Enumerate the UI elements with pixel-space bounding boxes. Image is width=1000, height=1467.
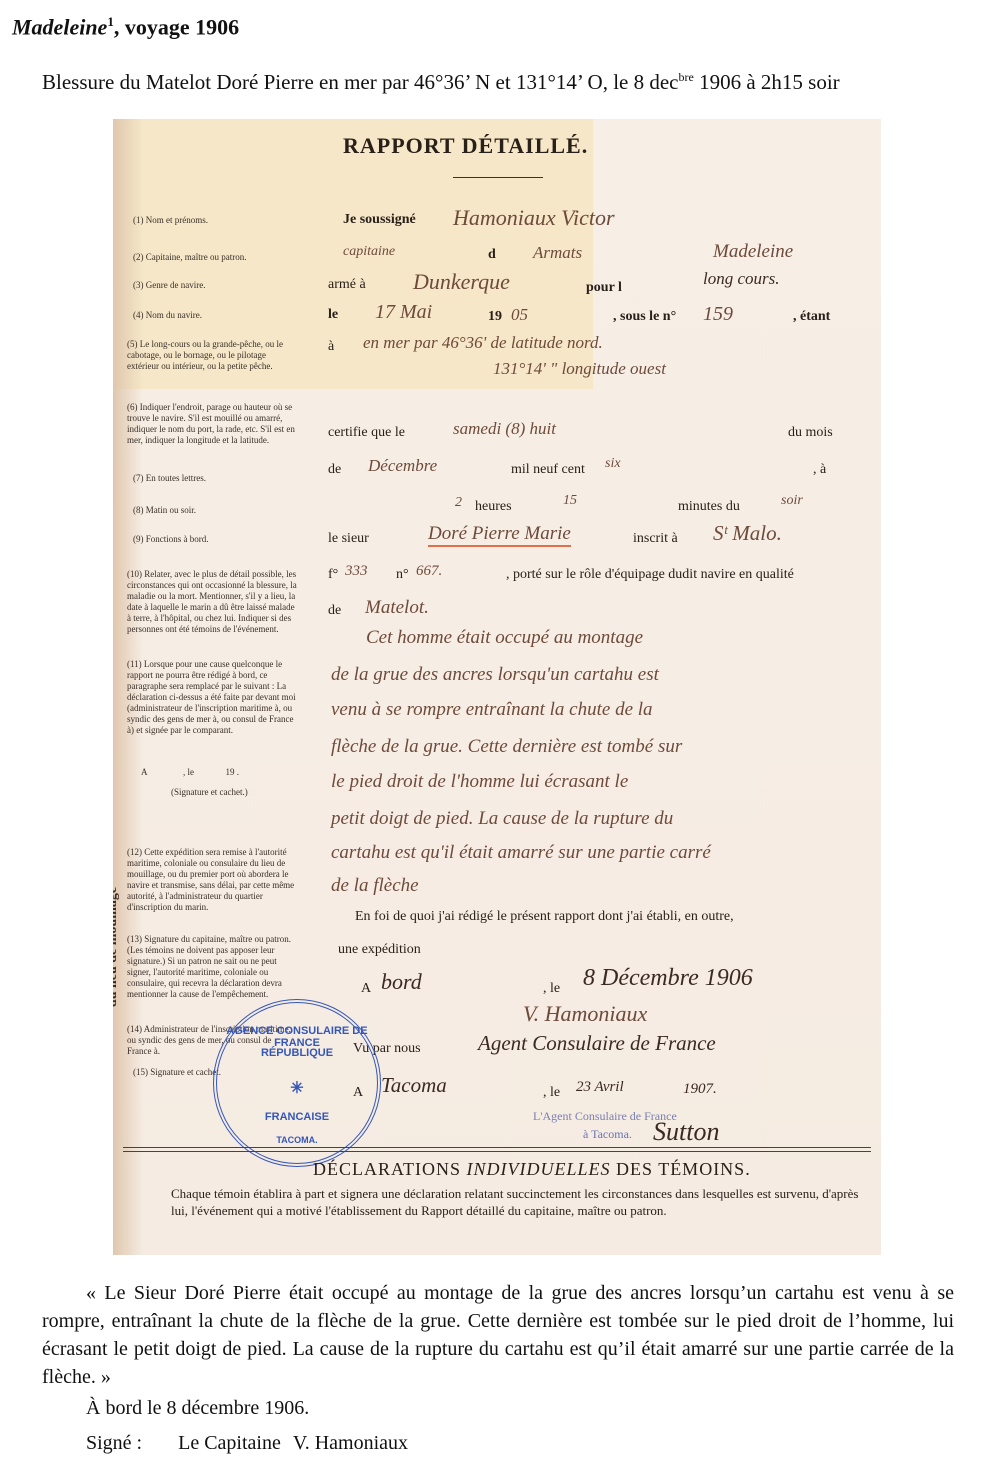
- value-minutes: 15: [563, 493, 577, 509]
- label-le2: , le: [543, 981, 560, 997]
- scanned-report-image: RAPPORT DÉTAILLÉ. (1) Nom et prénoms. (2…: [113, 119, 881, 1255]
- value-month: Décembre: [368, 456, 437, 476]
- narrative-line: venu à se rompre entraînant la chute de …: [331, 699, 653, 721]
- subtitle-text-end: 1906 à 2h15 soir: [694, 70, 840, 94]
- label-mil-neuf-cent: mil neuf cent: [511, 462, 585, 478]
- captain-signature: V. Hamoniaux: [523, 1001, 647, 1027]
- margin-note: (11) Lorsque pour une cause quelconque l…: [127, 659, 297, 736]
- stamp-text: RÉPUBLIQUE: [217, 1047, 377, 1059]
- margin-note: (12) Cette expédition sera remise à l'au…: [127, 847, 297, 913]
- section-divider: [123, 1147, 871, 1152]
- label-le3: , le: [543, 1085, 560, 1101]
- value-port: Dunkerque: [413, 269, 510, 295]
- heading-rest: , voyage 1906: [114, 14, 239, 39]
- label-je-soussigne: Je soussigné: [343, 212, 416, 228]
- stamp-text: AGENCE CONSULAIRE DE FRANCE: [217, 1025, 377, 1049]
- label-year-prefix: 19: [488, 309, 502, 325]
- label-une-expedition: une expédition: [338, 942, 421, 958]
- label-de9: de: [328, 603, 341, 619]
- margin-note: A , le 19 .: [141, 767, 311, 778]
- label-etant: , étant: [793, 309, 830, 325]
- agent-signature: Sutton: [653, 1117, 719, 1147]
- margin-note: (6) Indiquer l'endroit, parage ou hauteu…: [127, 402, 297, 446]
- label-porte-sur: , porté sur le rôle d'équipage dudit nav…: [506, 567, 794, 583]
- narrative-line: le pied droit de l'homme lui écrasant le: [331, 771, 628, 793]
- label-minutes-du: minutes du: [678, 499, 740, 515]
- margin-note: (5) Le long-cours ou la grande-pêche, ou…: [127, 339, 297, 372]
- label-inscrit-a: inscrit à: [633, 531, 678, 547]
- margin-note: (1) Nom et prénoms.: [133, 215, 333, 226]
- decl-title-3: DES TÉMOINS.: [611, 1159, 751, 1179]
- agent-stamp-line-2: à Tacoma.: [583, 1127, 632, 1142]
- value-hour: 2: [455, 495, 462, 511]
- stamp-text: FRANCAISE: [217, 1111, 377, 1123]
- quote-text: « Le Sieur Doré Pierre était occupé au m…: [42, 1279, 954, 1391]
- value-day: samedi (8) huit: [453, 419, 556, 439]
- value-date: 17 Mai: [375, 301, 432, 324]
- label-de: de: [328, 462, 341, 478]
- value-ampm: soir: [781, 493, 803, 509]
- margin-note: (4) Nom du navire.: [133, 310, 333, 321]
- margin-note: (9) Fonctions à bord.: [133, 534, 333, 545]
- label-no: n°: [396, 567, 409, 583]
- signed-label: Signé :: [86, 1432, 142, 1454]
- value-year: 05: [511, 305, 528, 325]
- value-year3: 1907.: [683, 1081, 717, 1098]
- value-no: 667.: [416, 563, 442, 580]
- label-folio: f°: [328, 567, 338, 583]
- label-le-sieur: le sieur: [328, 531, 369, 547]
- label-sous-le-no: , sous le n°: [613, 309, 676, 325]
- label-certifie: certifie que le: [328, 425, 405, 441]
- value-position-1: en mer par 46°36' de latitude nord.: [363, 333, 603, 353]
- en-foi-text: En foi de quoi j'ai rédigé: [355, 909, 493, 924]
- label-a: à: [328, 339, 334, 355]
- value-place: Tacoma: [381, 1073, 447, 1098]
- label-a-comma: , à: [813, 462, 826, 478]
- decl-title-2: INDIVIDUELLES: [467, 1159, 611, 1179]
- value-role: capitaine: [343, 244, 395, 260]
- label-du-mois: du mois: [788, 425, 833, 441]
- transcription-signature: Signé :Le CapitaineV. Hamoniaux: [86, 1432, 408, 1455]
- decl-title-1: DÉCLARATIONS: [313, 1159, 467, 1179]
- value-sign-date: 8 Décembre 1906: [583, 965, 753, 992]
- value-year2: six: [605, 456, 621, 472]
- value-date3: 23 Avril: [576, 1079, 624, 1096]
- subtitle-text: Blessure du Matelot Doré Pierre en mer p…: [42, 70, 679, 94]
- stamp-star-icon: ✳: [217, 1078, 377, 1098]
- value-navigation: long cours.: [703, 269, 780, 289]
- en-foi-rest: le présent rapport dont j'ai établi, en …: [497, 909, 734, 924]
- value-ship: Madeleine: [713, 241, 793, 263]
- margin-note: (7) En toutes lettres.: [133, 473, 333, 484]
- value-sieur: Doré Pierre Marie: [428, 523, 571, 547]
- narrative-line: cartahu est qu'il était amarré sur une p…: [331, 842, 711, 864]
- declarations-body: Chaque témoin établira à part et signera…: [171, 1185, 861, 1219]
- signed-name: V. Hamoniaux: [293, 1432, 408, 1454]
- narrative-line: flèche de la grue. Cette dernière est to…: [331, 736, 682, 758]
- document-heading: Madeleine1, voyage 1906: [12, 14, 239, 40]
- value-number: 159: [703, 303, 733, 326]
- report-title: RAPPORT DÉTAILLÉ.: [343, 133, 588, 159]
- ship-name: Madeleine: [12, 14, 107, 39]
- transcription-date: À bord le 8 décembre 1906.: [86, 1397, 309, 1420]
- label-arme-a: armé à: [328, 277, 366, 293]
- stamp-text: TACOMA.: [217, 1135, 377, 1145]
- narrative-line: petit doigt de pied. La cause de la rupt…: [331, 808, 673, 830]
- value-armateur: Armats: [533, 243, 582, 263]
- transcription-quote: « Le Sieur Doré Pierre était occupé au m…: [42, 1279, 954, 1391]
- margin-note: (8) Matin ou soir.: [133, 505, 333, 516]
- value-inscrit: Sᵗ Malo.: [713, 521, 782, 546]
- value-a-bord: bord: [381, 969, 422, 995]
- label-a-bord: A: [361, 981, 371, 997]
- narrative-line: de la flèche: [331, 875, 419, 897]
- label-pour-l: pour l: [586, 280, 622, 296]
- label-le: le: [328, 307, 338, 323]
- narrative-line: Cet homme était occupé au montage: [366, 627, 643, 649]
- margin-note: (10) Relater, avec le plus de détail pos…: [127, 569, 297, 635]
- value-qualite: Matelot.: [365, 597, 429, 619]
- title-rule: [453, 177, 543, 178]
- declarations-title: DÉCLARATIONS INDIVIDUELLES DES TÉMOINS.: [313, 1159, 751, 1180]
- label-d: d: [488, 247, 496, 263]
- value-folio: 333: [345, 563, 368, 580]
- margin-note: (3) Genre de navire.: [133, 280, 333, 291]
- label-en-foi: En foi de quoi j'ai rédigé le présent ra…: [355, 909, 734, 925]
- value-name: Hamoniaux Victor: [453, 205, 615, 231]
- value-vu: Agent Consulaire de France: [478, 1031, 716, 1056]
- consular-stamp: AGENCE CONSULAIRE DE FRANCE ✳ RÉPUBLIQUE…: [213, 999, 381, 1167]
- document-subtitle: Blessure du Matelot Doré Pierre en mer p…: [42, 70, 840, 95]
- vertical-margin-text: du lieu de mouillage: [113, 887, 121, 1007]
- value-position-2: 131°14' " longitude ouest: [493, 359, 666, 379]
- label-heures: heures: [475, 499, 512, 515]
- margin-note: (2) Capitaine, maître ou patron.: [133, 252, 333, 263]
- narrative-line: de la grue des ancres lorsqu'un cartahu …: [331, 664, 659, 686]
- subtitle-sup: bre: [679, 70, 694, 84]
- margin-note: (13) Signature du capitaine, maître ou p…: [127, 934, 297, 1000]
- signed-role: Le Capitaine: [178, 1432, 281, 1454]
